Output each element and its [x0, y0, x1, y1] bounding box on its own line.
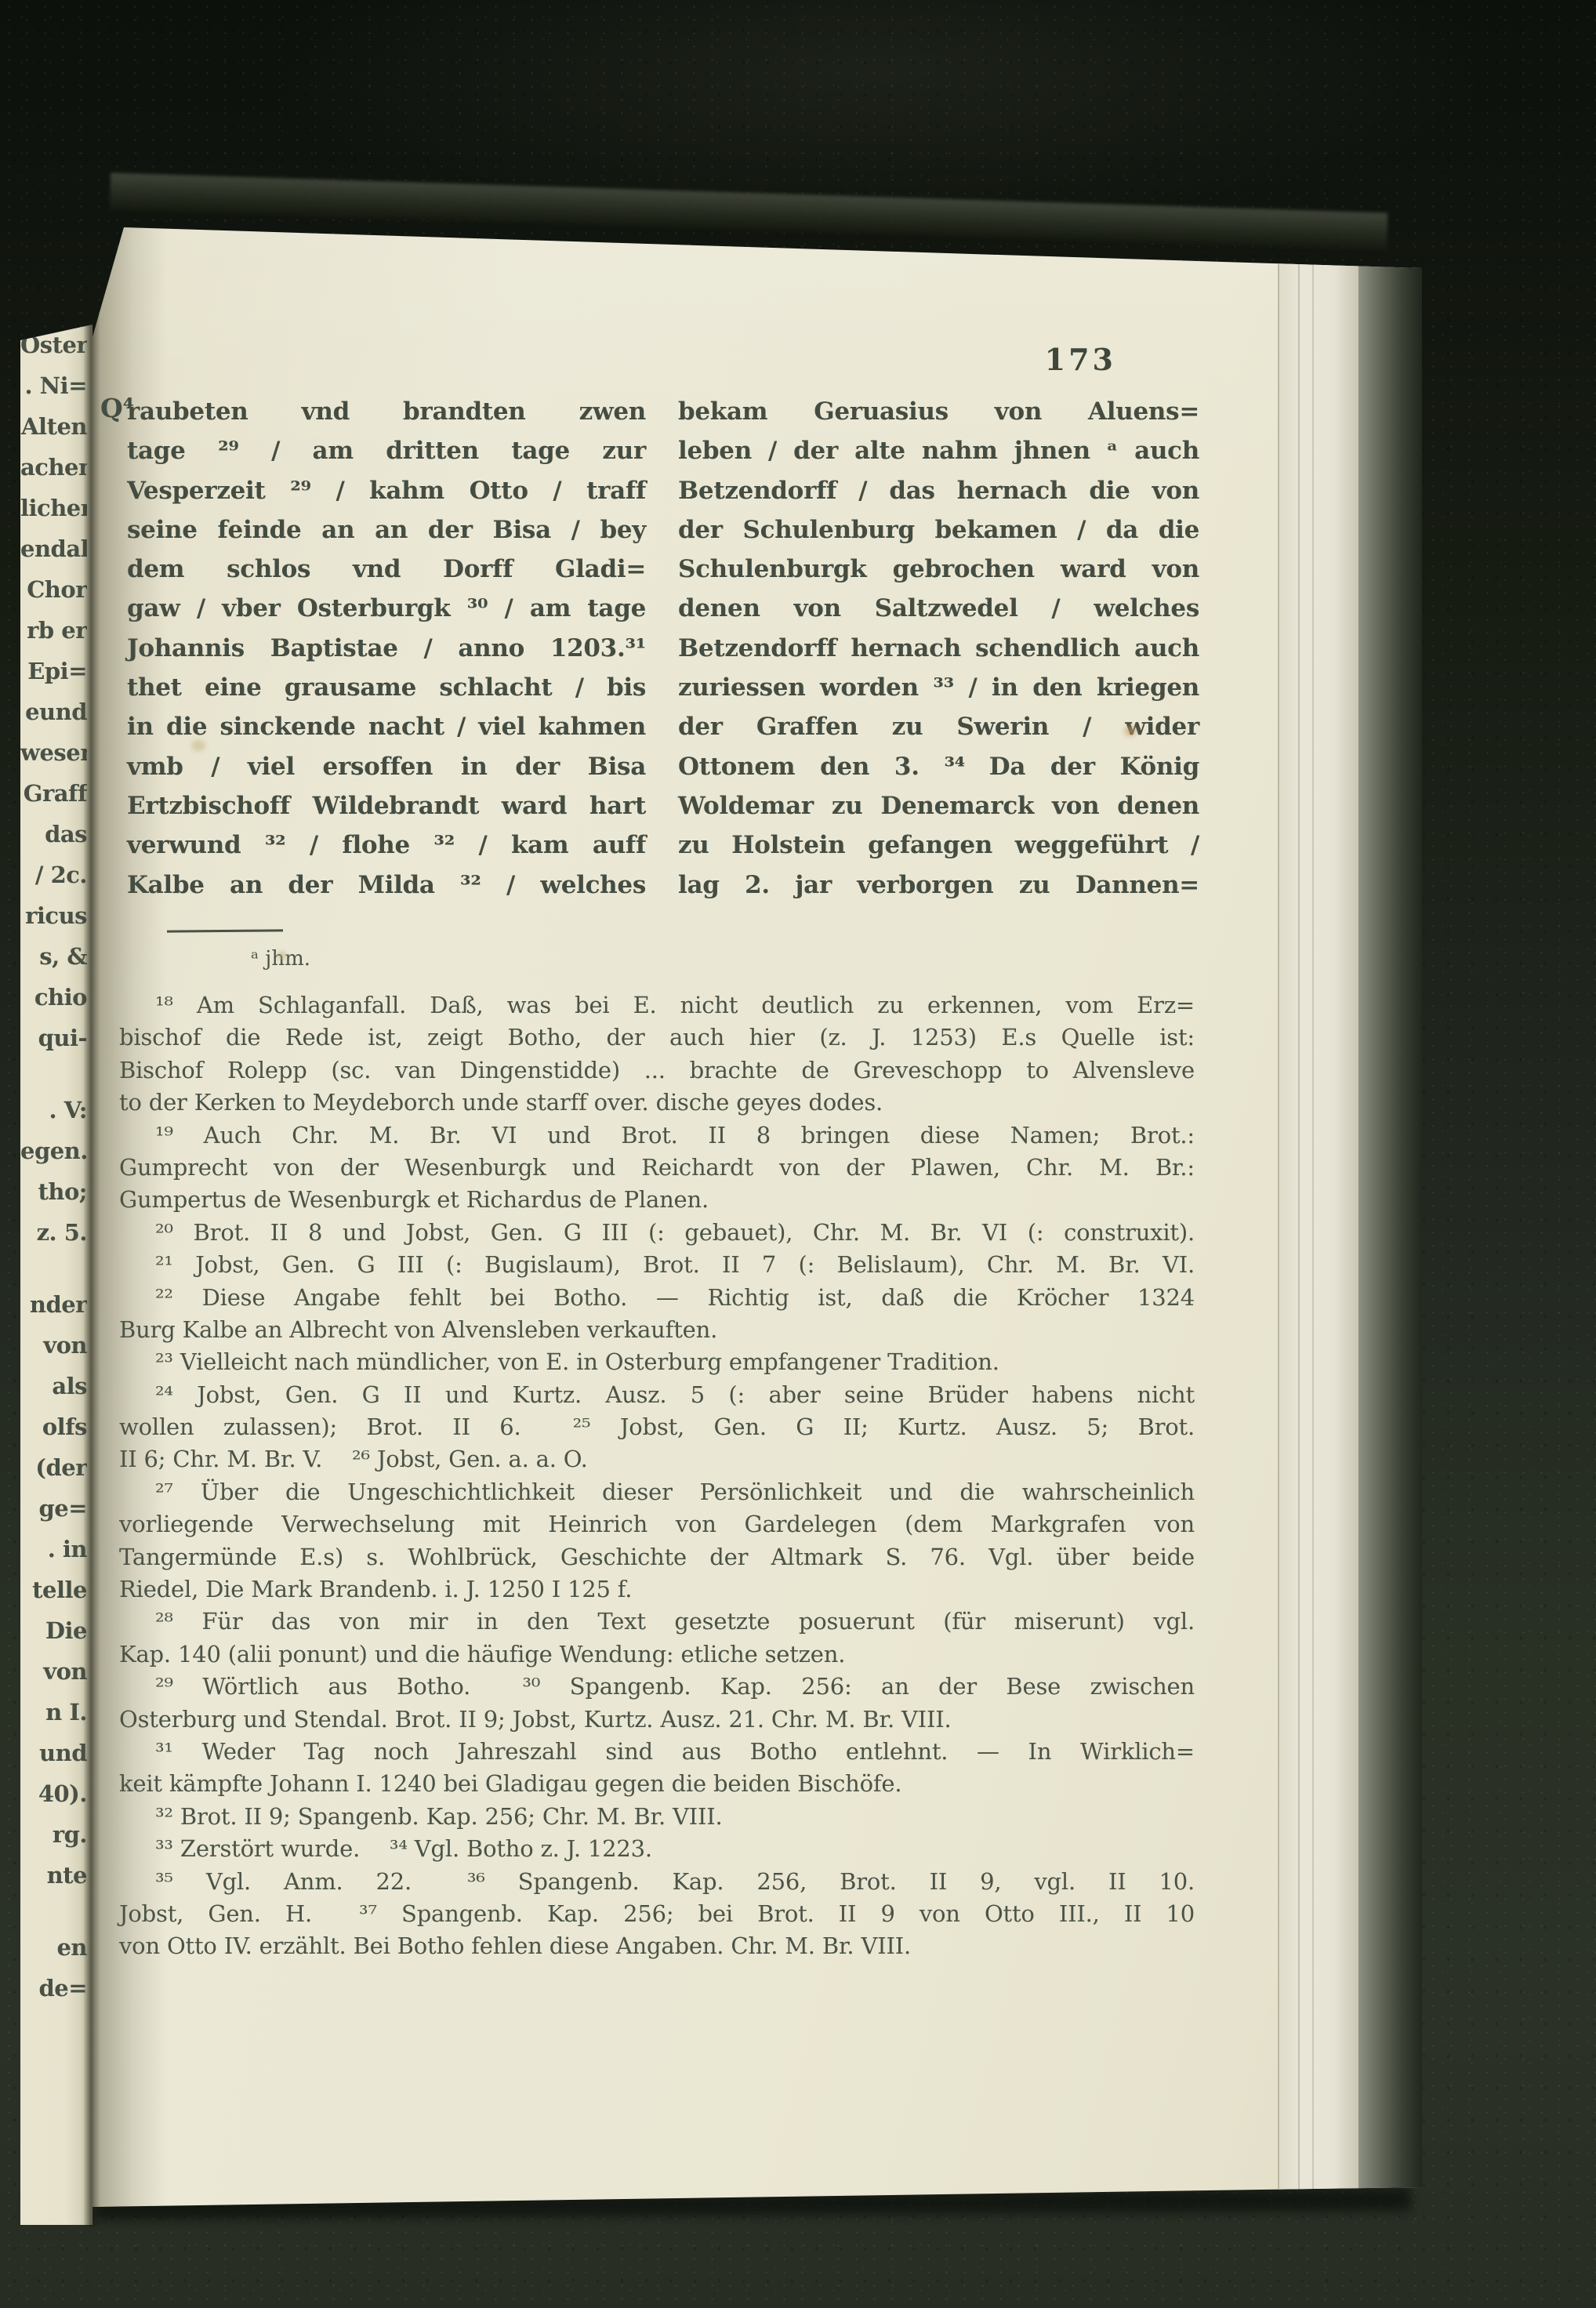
footnote-line: to der Kerken to Meydeborch unde starff … [119, 1087, 1195, 1119]
cover-edge-right-decor [1358, 220, 1422, 2211]
page-edges-stack-decor [1278, 220, 1358, 2211]
footnote-separator-rule [167, 929, 283, 932]
footnote-line: ²⁴ Jobst, Gen. G II und Kurtz. Ausz. 5 (… [119, 1379, 1195, 1411]
text-line: verwund ³² / flohe ³² / kam auff [127, 826, 646, 865]
footnote-line: ²⁰ Brot. II 8 und Jobst, Gen. G III (: g… [119, 1217, 1195, 1249]
footnote-line: II 6; Chr. M. Br. V. ²⁶ Jobst, Gen. a. a… [119, 1443, 1195, 1475]
text-line: der Schulenburg bekamen / da die [678, 510, 1199, 550]
footnote-line: von Otto IV. erzählt. Bei Botho fehlen d… [119, 1930, 1195, 1962]
text-column-right: bekam Geruasius von Aluens=leben / der a… [678, 392, 1199, 905]
left-page-line-fragment: 40). [20, 1773, 87, 1814]
left-page-line-fragment: . Ni= [20, 365, 87, 406]
left-page-line-fragment: s, & [20, 936, 87, 977]
footnote-line: ³⁵ Vgl. Anm. 22. ³⁶ Spangenb. Kap. 256, … [119, 1866, 1195, 1898]
footnote-line: Gumpertus de Wesenburgk et Richardus de … [119, 1184, 1195, 1216]
left-page-line-fragment: Chor [20, 569, 87, 610]
text-line: zu Holstein gefangen weggeführt / [678, 826, 1199, 865]
left-page-line-fragment: Alten [20, 406, 87, 447]
footnote-line: wollen zulassen); Brot. II 6. ²⁵ Jobst, … [119, 1411, 1195, 1443]
left-page-line-fragment: rb er [20, 610, 87, 651]
footnote-line: Kap. 140 (alii ponunt) und die häufige W… [119, 1638, 1195, 1671]
left-page-line-fragment: tho; [20, 1171, 87, 1212]
text-line: der Graffen zu Swerin / wider [678, 707, 1199, 746]
text-line: Schulenburgk gebrochen ward von [678, 550, 1199, 589]
left-page-line-fragment: nte [20, 1855, 87, 1896]
left-page-line-fragment: ricus [20, 895, 87, 936]
left-page-line-fragment: olfs [20, 1406, 87, 1447]
footnote-line: keit kämpfte Johann I. 1240 bei Gladigau… [119, 1768, 1195, 1800]
left-page-line-fragment: chio [20, 977, 87, 1018]
footnote-line: ²⁷ Über die Ungeschichtlichkeit dieser P… [119, 1476, 1195, 1508]
left-page-edge: Oster=. Ni=AltenachenlichenendalChorrb e… [20, 320, 92, 2225]
book-scan-photo: { "page": { "number": "173" }, "main_tex… [0, 0, 1596, 2308]
left-page-line-fragments: Oster=. Ni=AltenachenlichenendalChorrb e… [20, 325, 87, 2009]
left-page-line-fragment: das [20, 814, 87, 855]
left-page-line-fragment: en [20, 1927, 87, 1968]
text-line: leben / der alte nahm jhnen ᵃ auch [678, 431, 1199, 470]
left-page-line-fragment: ge= [20, 1488, 87, 1529]
footnote-line: Jobst, Gen. H. ³⁷ Spangenb. Kap. 256; be… [119, 1898, 1195, 1930]
footnote-line: ³¹ Weder Tag noch Jahreszahl sind aus Bo… [119, 1736, 1195, 1768]
left-page-line-fragment: nder [20, 1284, 87, 1325]
left-page-line-fragment: (der [20, 1447, 87, 1488]
left-page-line-fragment: achen [20, 447, 87, 488]
text-line: Ertzbischoff Wildebrandt ward hart [127, 786, 646, 826]
footnote-line: ²³ Vielleicht nach mündlicher, von E. in… [119, 1346, 1195, 1378]
left-page-line-fragment: rg. [20, 1814, 87, 1855]
footnote-line: Burg Kalbe an Albrecht von Alvensleben v… [119, 1314, 1195, 1346]
footnote-line: ³³ Zerstört wurde. ³⁴ Vgl. Botho z. J. 1… [119, 1833, 1195, 1865]
text-line: bekam Geruasius von Aluens= [678, 392, 1199, 431]
footnote-line: Osterburg und Stendal. Brot. II 9; Jobst… [119, 1704, 1195, 1736]
footnote-line: ¹⁹ Auch Chr. M. Br. VI und Brot. II 8 br… [119, 1120, 1195, 1152]
text-column-left: raubeten vnd brandten zwentage ²⁹ / am d… [127, 392, 646, 905]
text-line: Johannis Baptistae / anno 1203.³¹ [127, 629, 646, 668]
text-line: seine feinde an an der Bisa / bey [127, 510, 646, 550]
text-line: in die sinckende nacht / viel kahmen [127, 707, 646, 746]
left-page-line-fragment: de= [20, 1968, 87, 2009]
footnote-line: ³² Brot. II 9; Spangenb. Kap. 256; Chr. … [119, 1801, 1195, 1833]
left-page-line-fragment: qui- [20, 1018, 87, 1058]
text-line: gaw / vber Osterburgk ³⁰ / am tage [127, 589, 646, 628]
text-line: zuriessen worden ³³ / in den kriegen [678, 668, 1199, 707]
footnote-line: ²⁹ Wörtlich aus Botho. ³⁰ Spangenb. Kap.… [119, 1671, 1195, 1703]
left-page-line-fragment: Graff [20, 773, 87, 814]
text-line: Woldemar zu Denemarck von denen [678, 786, 1199, 826]
footnote-line: ²⁸ Für das von mir in den Text gesetzte … [119, 1606, 1195, 1638]
text-line: tage ²⁹ / am dritten tage zur [127, 431, 646, 470]
footnote-line: Tangermünde E.s) s. Wohlbrück, Geschicht… [119, 1541, 1195, 1573]
text-line: Ottonem den 3. ³⁴ Da der König [678, 747, 1199, 786]
text-line: raubeten vnd brandten zwen [127, 392, 646, 431]
left-page-line-fragment: z. 5. [20, 1212, 87, 1253]
gutter-crease-decor [83, 314, 100, 2226]
book-page-173: 173 Q⁴ raubeten vnd brandten zwentage ²⁹… [92, 220, 1422, 2211]
text-line: Betzendorff / das hernach die von [678, 471, 1199, 510]
footnote-line: vorliegende Verwechselung mit Heinrich v… [119, 1508, 1195, 1540]
foxing-spot-decor [191, 740, 205, 751]
text-line: denen von Saltzwedel / welches [678, 589, 1199, 628]
left-page-line-fragment: eund [20, 691, 87, 732]
left-page-line-fragment: . in [20, 1529, 87, 1570]
footnote-block: ¹⁸ Am Schlaganfall. Daß, was bei E. nich… [119, 989, 1195, 1963]
text-line: Betzendorff hernach schendlich auch [678, 629, 1199, 668]
footnote-line: Gumprecht von der Wesenburgk und Reichar… [119, 1152, 1195, 1184]
footnote-line: bischof die Rede ist, zeigt Botho, der a… [119, 1022, 1195, 1054]
left-page-line-fragment: Die [20, 1610, 87, 1651]
left-page-line-fragment: wesen [20, 732, 87, 773]
left-page-line-fragment: / 2c. [20, 855, 87, 895]
left-page-line-fragment: als [20, 1366, 87, 1406]
left-page-line-fragment: Oster= [20, 325, 87, 365]
text-line: Vesperzeit ²⁹ / kahm Otto / traff [127, 471, 646, 510]
footnote-line: ²² Diese Angabe fehlt bei Botho. — Richt… [119, 1282, 1195, 1314]
left-page-line-fragment: n I. [20, 1692, 87, 1733]
left-page-line-fragment: von [20, 1325, 87, 1366]
footnote-line: Bischof Rolepp (sc. van Dingenstidde) ..… [119, 1054, 1195, 1087]
footnote-line: Riedel, Die Mark Brandenb. i. J. 1250 I … [119, 1573, 1195, 1606]
left-page-line-fragment: . V: [20, 1090, 87, 1130]
left-page-line-fragment: von [20, 1651, 87, 1692]
left-page-line-fragment: Epi= [20, 651, 87, 691]
text-line: thet eine grausame schlacht / bis [127, 668, 646, 707]
foxing-spot-decor [277, 952, 286, 960]
page-number: 173 [1019, 342, 1116, 377]
footnote-line: ¹⁸ Am Schlaganfall. Daß, was bei E. nich… [119, 989, 1195, 1022]
text-line: lag 2. jar verborgen zu Dannen= [678, 865, 1199, 905]
left-page-line-fragment: telle [20, 1570, 87, 1610]
text-line: vmb / viel ersoffen in der Bisa [127, 747, 646, 786]
foxing-spot-decor [1124, 726, 1137, 736]
text-line: Kalbe an der Milda ³² / welches [127, 865, 646, 905]
left-page-line-fragment: egen. [20, 1130, 87, 1171]
text-line: dem schlos vnd Dorff Gladi= [127, 550, 646, 589]
left-page-line-fragment: endal [20, 528, 87, 569]
left-page-line-fragment: lichen [20, 488, 87, 528]
left-page-line-fragment: und [20, 1733, 87, 1773]
footnote-line: ²¹ Jobst, Gen. G III (: Bugislaum), Brot… [119, 1249, 1195, 1281]
